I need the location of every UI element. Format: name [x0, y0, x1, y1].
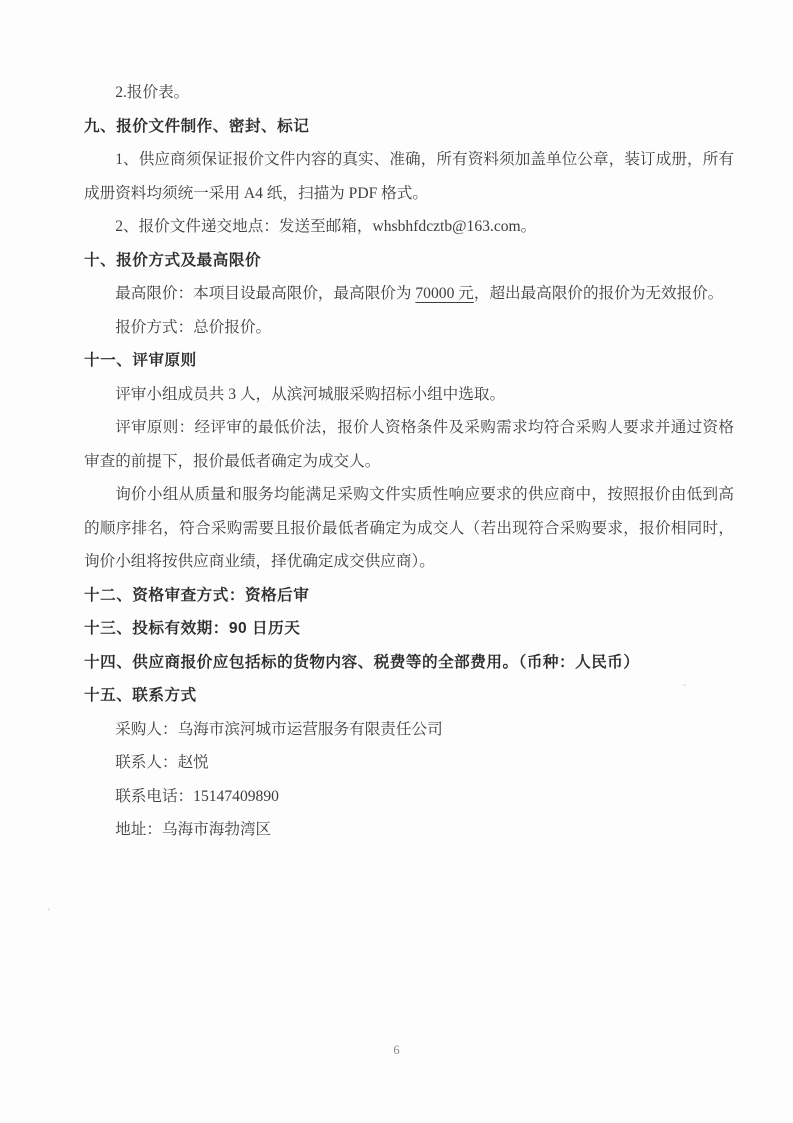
paragraph-contact-person: 联系人：赵悦: [84, 746, 734, 780]
paragraph-review-panel: 评审小组成员共 3 人，从滨河城服采购招标小组中选取。: [84, 378, 734, 412]
scan-artifact: [683, 684, 686, 686]
scan-artifact: [48, 908, 50, 911]
section-heading-9: 九、报价文件制作、密封、标记: [84, 110, 734, 144]
section-heading-13: 十三、投标有效期：90 日历天: [84, 612, 734, 646]
page-number: 6: [393, 1043, 399, 1057]
section-heading-10: 十、报价方式及最高限价: [84, 244, 734, 278]
max-price-text-before: 最高限价：本项目设最高限价，最高限价为: [115, 285, 415, 302]
document-body: 2.报价表。 九、报价文件制作、密封、标记 1、供应商须保证报价文件内容的真实、…: [84, 76, 734, 847]
paragraph-max-price: 最高限价：本项目设最高限价，最高限价为 70000 元，超出最高限价的报价为无效…: [84, 277, 734, 311]
paragraph-purchaser: 采购人：乌海市滨河城市运营服务有限责任公司: [84, 713, 734, 747]
section-heading-11: 十一、评审原则: [84, 344, 734, 378]
page-footer: 6: [0, 1042, 793, 1058]
max-price-text-after: ，超出最高限价的报价为无效报价。: [474, 285, 724, 302]
paragraph-quote-method: 报价方式：总价报价。: [84, 311, 734, 345]
section-heading-12: 十二、资格审查方式：资格后审: [84, 579, 734, 613]
preamble-list-item: 2.报价表。: [84, 76, 734, 110]
section-heading-14: 十四、供应商报价应包括标的货物内容、税费等的全部费用。（币种：人民币）: [84, 646, 734, 680]
paragraph-binding-requirements: 1、供应商须保证报价文件内容的真实、准确，所有资料须加盖单位公章，装订成册，所有…: [84, 143, 734, 210]
paragraph-address: 地址：乌海市海勃湾区: [84, 813, 734, 847]
max-price-underlined-value: 70000 元: [415, 285, 473, 302]
paragraph-inquiry-panel: 询价小组从质量和服务均能满足采购文件实质性响应要求的供应商中，按照报价由低到高的…: [84, 478, 734, 579]
paragraph-review-principle: 评审原则：经评审的最低价法，报价人资格条件及采购需求均符合采购人要求并通过资格审…: [84, 411, 734, 478]
paragraph-contact-phone: 联系电话：15147409890: [84, 780, 734, 814]
section-heading-15: 十五、联系方式: [84, 679, 734, 713]
document-page: 2.报价表。 九、报价文件制作、密封、标记 1、供应商须保证报价文件内容的真实、…: [0, 0, 793, 1123]
paragraph-submission-address: 2、报价文件递交地点：发送至邮箱，whsbhfdcztb@163.com。: [84, 210, 734, 244]
